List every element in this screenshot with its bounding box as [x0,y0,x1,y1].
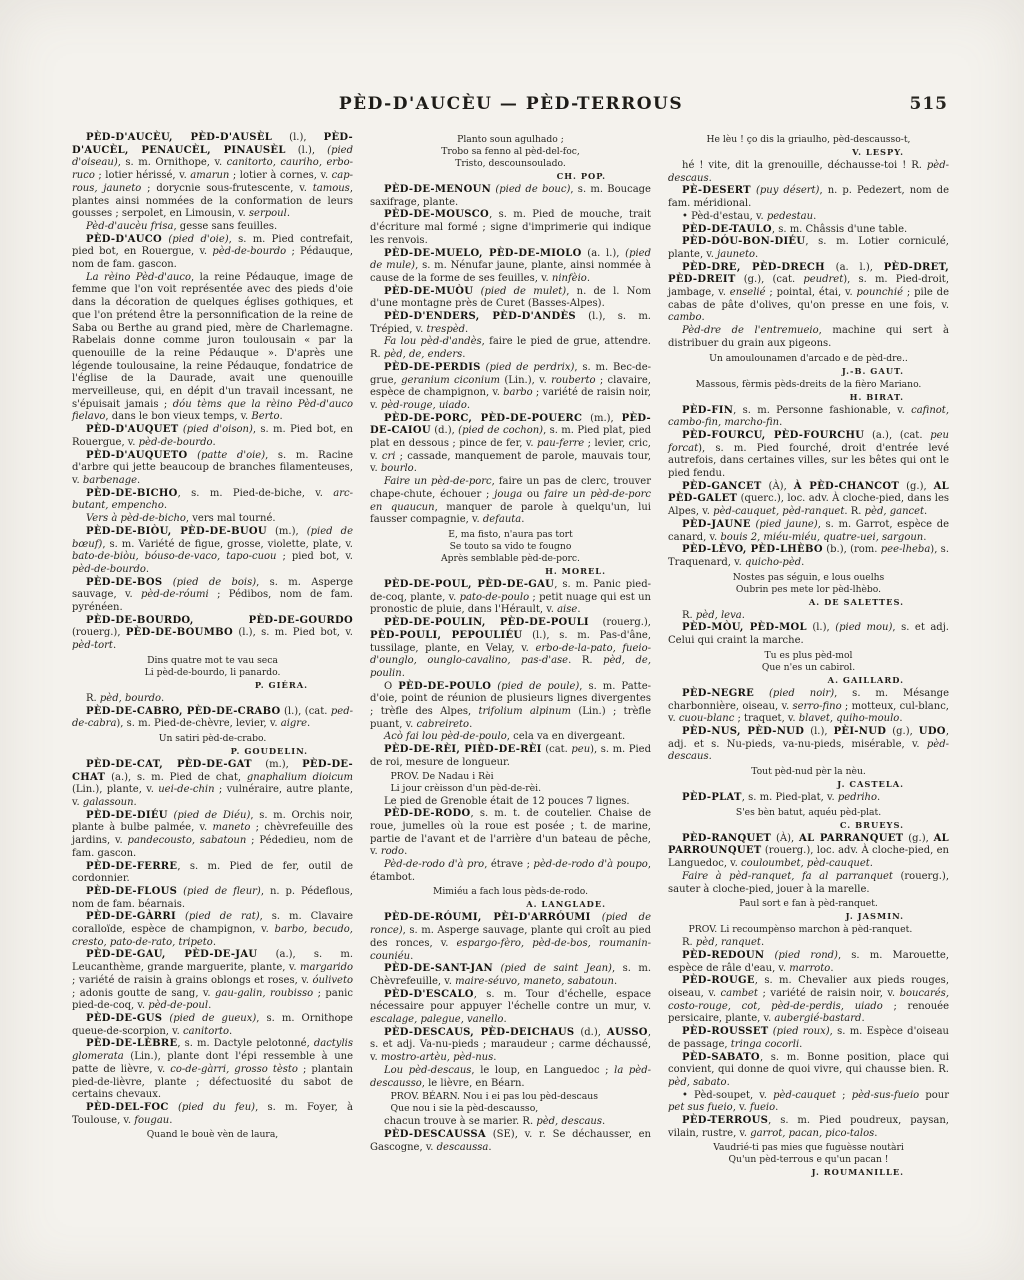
dictionary-entry: PÈD-D'AUQUETO (patte d'oie), s. m. Racin… [72,450,353,488]
dictionary-entry: PÈD-DE-GUS (pied de gueux), s. m. Ornith… [72,1013,353,1038]
example-paragraph: Le pied de Grenoble était de 12 pouces 7… [370,796,651,809]
dictionary-entry: PÈD-D'AUCO (pied d'oie), s. m. Pied cont… [72,234,353,272]
dictionary-entry: PÈD-MÒU, PÈD-MOL (l.), (pied mou), s. et… [668,622,949,647]
dictionary-page: PÈD-D'AUCÈU — PÈD-TERROUS 515 PÈD-D'AUCÈ… [0,0,1024,1280]
page-header-title: PÈD-D'AUCÈU — PÈD-TERROUS [72,94,950,114]
page-content: PÈD-D'AUCÈU — PÈD-TERROUS 515 PÈD-D'AUCÈ… [72,94,950,1180]
dictionary-entry: PÈD-D'ESCALO, s. m. Tour d'échelle, espa… [370,989,651,1027]
dictionary-entry: PÈD-ROUGE, s. m. Chevalier aux pieds rou… [668,975,949,1026]
attribution: P. GOUDELIN. [72,746,353,757]
text-column-1: PÈD-D'AUCÈU, PÈD-D'AUSÈL (l.), PÈD-D'AUC… [72,132,353,1180]
verse-quote: E, ma fisto, n'aura pas tortSe touto sa … [370,529,651,565]
text-column-3: He lèu ! ço dis la griaulho, pèd-descaus… [668,132,949,1180]
attribution: J. JASMIN. [668,911,949,922]
dictionary-entry: PÈD-DE-POUL, PÈD-DE-GAU, s. m. Panic pie… [370,579,651,617]
dictionary-entry: PÈD-DE-TAULO, s. m. Châssis d'une table. [668,224,949,237]
example-paragraph: R. pèd, ranquet. [668,937,949,950]
example-paragraph: Pèd-d'aucèu frisa, gesse sans feuilles. [72,221,353,234]
dictionary-entry: PÈD-DE-SANT-JAN (pied de saint Jean), s.… [370,963,651,988]
dictionary-entry: PÈD-DE-BIÒU, PÈD-DE-BUOU (m.), (pied de … [72,526,353,577]
dictionary-entry: PÈD-NUS, PÈD-NUD (l.), PÈI-NUD (g.), UDO… [668,726,949,764]
dictionary-entry: PÈD-DE-GÀRRI (pied de rat), s. m. Clavai… [72,911,353,949]
verse-quote: Massous, fèrmis pèds-dreits de la fièro … [668,379,949,391]
running-header: PÈD-D'AUCÈU — PÈD-TERROUS 515 [72,94,950,120]
dictionary-entry: PÈ-DESERT (puy désert), n. p. Pedezert, … [668,185,949,210]
example-paragraph: Fa lou pèd-d'andès, faire le pied de gru… [370,336,651,361]
dictionary-entry: PÈD-DÓU-BON-DIÉU, s. m. Lotier corniculé… [668,236,949,261]
example-paragraph: Vers à pèd-de-bicho, vers mal tourné. [72,513,353,526]
dictionary-entry: PÈD-FOURCU, PÈD-FOURCHU (a.), (cat. peu … [668,430,949,481]
verse-quote: Planto soun agulhado ;Trobo sa fenno al … [370,134,651,170]
verse-quote: Quand le bouè vèn de laura, [72,1129,353,1141]
example-paragraph: Lou pèd-descaus, le loup, en Languedoc ;… [370,1065,651,1090]
verse-quote: Tout pèd-nud pèr la nèu. [668,766,949,778]
dictionary-entry: PÈD-DE-FERRE, s. m. Pied de fer, outil d… [72,861,353,886]
dictionary-entry: PÈD-DEL-FOC (pied du feu), s. m. Foyer, … [72,1102,353,1127]
verse-quote: Tu es plus pèd-molQue n'es un cabirol. [668,650,949,674]
example-paragraph: Faire à pèd-ranquet, fa al parranquet (r… [668,871,949,896]
dictionary-entry: PÈD-DE-POULIN, PÈD-DE-POULI (rouerg.), P… [370,617,651,681]
dictionary-entry: PÈD-REDOUN (pied rond), s. m. Marouette,… [668,950,949,975]
dictionary-entry: PÈD-DESCAUS, PÈD-DEICHAUS (d.), AUSSO, s… [370,1027,651,1065]
page-number: 515 [910,94,949,114]
dictionary-entry: PÈD-D'AUQUET (pied d'oison), s. m. Pied … [72,424,353,449]
dictionary-entry: PÈD-PLAT, s. m. Pied-plat, v. pedriho. [668,792,949,805]
verse-quote: Paul sort e fan à pèd-ranquet. [668,898,949,910]
dictionary-entry: PÈD-DE-BOS (pied de bois), s. m. Asperge… [72,577,353,615]
dictionary-entry: PÈD-JAUNE (pied jaune), s. m. Garrot, es… [668,519,949,544]
proverb: PROV. BÉARN. Nou i ei pas lou pèd-descau… [370,1091,651,1115]
example-paragraph: Pèd-de-rodo d'à pro, étrave ; pèd-de-rod… [370,859,651,884]
dictionary-entry: PÈD-DE-BOURDO, PÈD-DE-GOURDO (rouerg.), … [72,615,353,653]
example-paragraph: • Pèd-d'estau, v. pedestau. [668,211,949,224]
attribution: A. GAILLARD. [668,675,949,686]
attribution: H. MOREL. [370,566,651,577]
verse-quote: Un satiri pèd-de-crabo. [72,733,353,745]
dictionary-entry: PÈD-DE-PERDIS (pied de perdrix), s. m. B… [370,362,651,413]
proverb: PROV. Li recoumpènso marchon à pèd-ranqu… [668,924,949,936]
attribution: J. CASTELA. [668,779,949,790]
attribution: A. DE SALETTES. [668,597,949,608]
attribution: C. BRUEYS. [668,820,949,831]
attribution: P. GIÉRA. [72,680,353,691]
dictionary-entry: PÈD-DESCAUSSA (SE), v. r. Se déchausser,… [370,1129,651,1154]
dictionary-entry: PÈD-DE-MENOUN (pied de bouc), s. m. Bouc… [370,184,651,209]
dictionary-entry: PÈD-DE-MUELO, PÈD-DE-MIOLO (a. l.), (pie… [370,248,651,286]
dictionary-entry: PÈD-TERROUS, s. m. Pied poudreux, paysan… [668,1115,949,1140]
dictionary-entry: PÈD-FIN, s. m. Personne fashionable, v. … [668,405,949,430]
dictionary-entry: PÈD-DE-DIÉU (pied de Diéu), s. m. Orchis… [72,810,353,861]
dictionary-entry: PÈD-SABATO, s. m. Bonne position, place … [668,1052,949,1090]
dictionary-entry: PÈD-DRE, PÈD-DRECH (a. l.), PÈD-DRET, PÈ… [668,262,949,326]
attribution: J.-B. GAUT. [668,366,949,377]
attribution: CH. POP. [370,171,651,182]
dictionary-entry: PÈD-DE-BICHO, s. m. Pied-de-biche, v. ar… [72,488,353,513]
dictionary-entry: PÈD-DE-MOUSCO, s. m. Pied de mouche, tra… [370,209,651,247]
text-columns: PÈD-D'AUCÈU, PÈD-D'AUSÈL (l.), PÈD-D'AUC… [72,132,950,1180]
dictionary-entry: PÈD-ROUSSET (pied roux), s. m. Espèce d'… [668,1026,949,1051]
example-paragraph: La rèino Pèd-d'auco, la reine Pédauque, … [72,272,353,424]
dictionary-entry: PÈD-RANQUET (À), AL PARRANQUET (g.), AL … [668,833,949,871]
dictionary-entry: PÈD-DE-RÓUMI, PÈI-D'ARRÓUMI (pied de ron… [370,912,651,963]
dictionary-entry: PÈD-DE-PORC, PÈD-DE-POUERC (m.), PÈD-DE-… [370,413,651,477]
dictionary-entry: PÈD-DE-LÈBRE, s. m. Dactyle pelotonné, d… [72,1038,353,1102]
dictionary-entry: PÈD-DE-MUÒU (pied de mulet), n. de l. No… [370,286,651,311]
example-paragraph: Pèd-dre de l'entremueio, machine qui ser… [668,325,949,350]
attribution: J. ROUMANILLE. [668,1167,949,1178]
attribution: A. LANGLADE. [370,899,651,910]
example-paragraph: hé ! vite, dit la grenouille, déchausse-… [668,160,949,185]
example-paragraph: Acò fai lou pèd-de-poulo, cela va en div… [370,731,651,744]
verse-quote: S'es bèn batut, aquéu pèd-plat. [668,807,949,819]
example-paragraph: R. pèd, bourdo. [72,693,353,706]
dictionary-entry: PÈD-LÈVO, PÈD-LHÈBO (b.), (rom. pee-lheb… [668,544,949,569]
example-paragraph: Faire un pèd-de-porc, faire un pas de cl… [370,476,651,527]
example-paragraph: • Pèd-soupet, v. pèd-cauquet ; pèd-sus-f… [668,1090,949,1115]
verse-quote: Dins quatre mot te vau secaLi pèd-de-bou… [72,655,353,679]
example-paragraph: chacun trouve à se marier. R. pèd, desca… [370,1116,651,1129]
dictionary-entry: PÈD-DE-CABRO, PÈD-DE-CRABO (l.), (cat. p… [72,706,353,731]
attribution: V. LESPY. [668,147,949,158]
dictionary-entry: PÈD-DE-RÈI, PIÈD-DE-RÈI (cat. peu), s. m… [370,744,651,769]
verse-quote: Un amoulounamen d'arcado e de pèd-dre.. [668,353,949,365]
dictionary-entry: PÈD-DE-GAU, PÈD-DE-JAU (a.), s. m. Leuca… [72,949,353,1013]
dictionary-entry: PÈD-D'ENDERS, PÈD-D'ANDÈS (l.), s. m. Tr… [370,311,651,336]
dictionary-entry: PÈD-DE-FLOUS (pied de fleur), n. p. Péde… [72,886,353,911]
verse-quote: He lèu ! ço dis la griaulho, pèd-descaus… [668,134,949,146]
text-column-2: Planto soun agulhado ;Trobo sa fenno al … [370,132,651,1180]
dictionary-entry: PÈD-NEGRE (pied noir), s. m. Mésange cha… [668,688,949,726]
attribution: H. BIRAT. [668,392,949,403]
example-paragraph: R. pèd, leva. [668,610,949,623]
dictionary-entry: PÈD-DE-CAT, PÈD-DE-GAT (m.), PÈD-DE-CHAT… [72,759,353,810]
verse-quote: Vaudrié-ti pas mies que fuguèsse noutàri… [668,1142,949,1166]
dictionary-entry: PÈD-DE-RODO, s. m. t. de coutelier. Chai… [370,808,651,859]
dictionary-entry: PÈD-D'AUCÈU, PÈD-D'AUSÈL (l.), PÈD-D'AUC… [72,132,353,221]
verse-quote: Mimiéu a fach lous pèds-de-rodo. [370,886,651,898]
verse-quote: Nostes pas séguin, e lous ouelhsOubrin p… [668,572,949,596]
dictionary-entry: O PÈD-DE-POULO (pied de poule), s. m. Pa… [370,681,651,732]
dictionary-entry: PÈD-GANCET (À), À PÈD-CHANCOT (g.), AL P… [668,481,949,519]
proverb: PROV. De Nadau i RèiLi jour crèisson d'u… [370,771,651,795]
